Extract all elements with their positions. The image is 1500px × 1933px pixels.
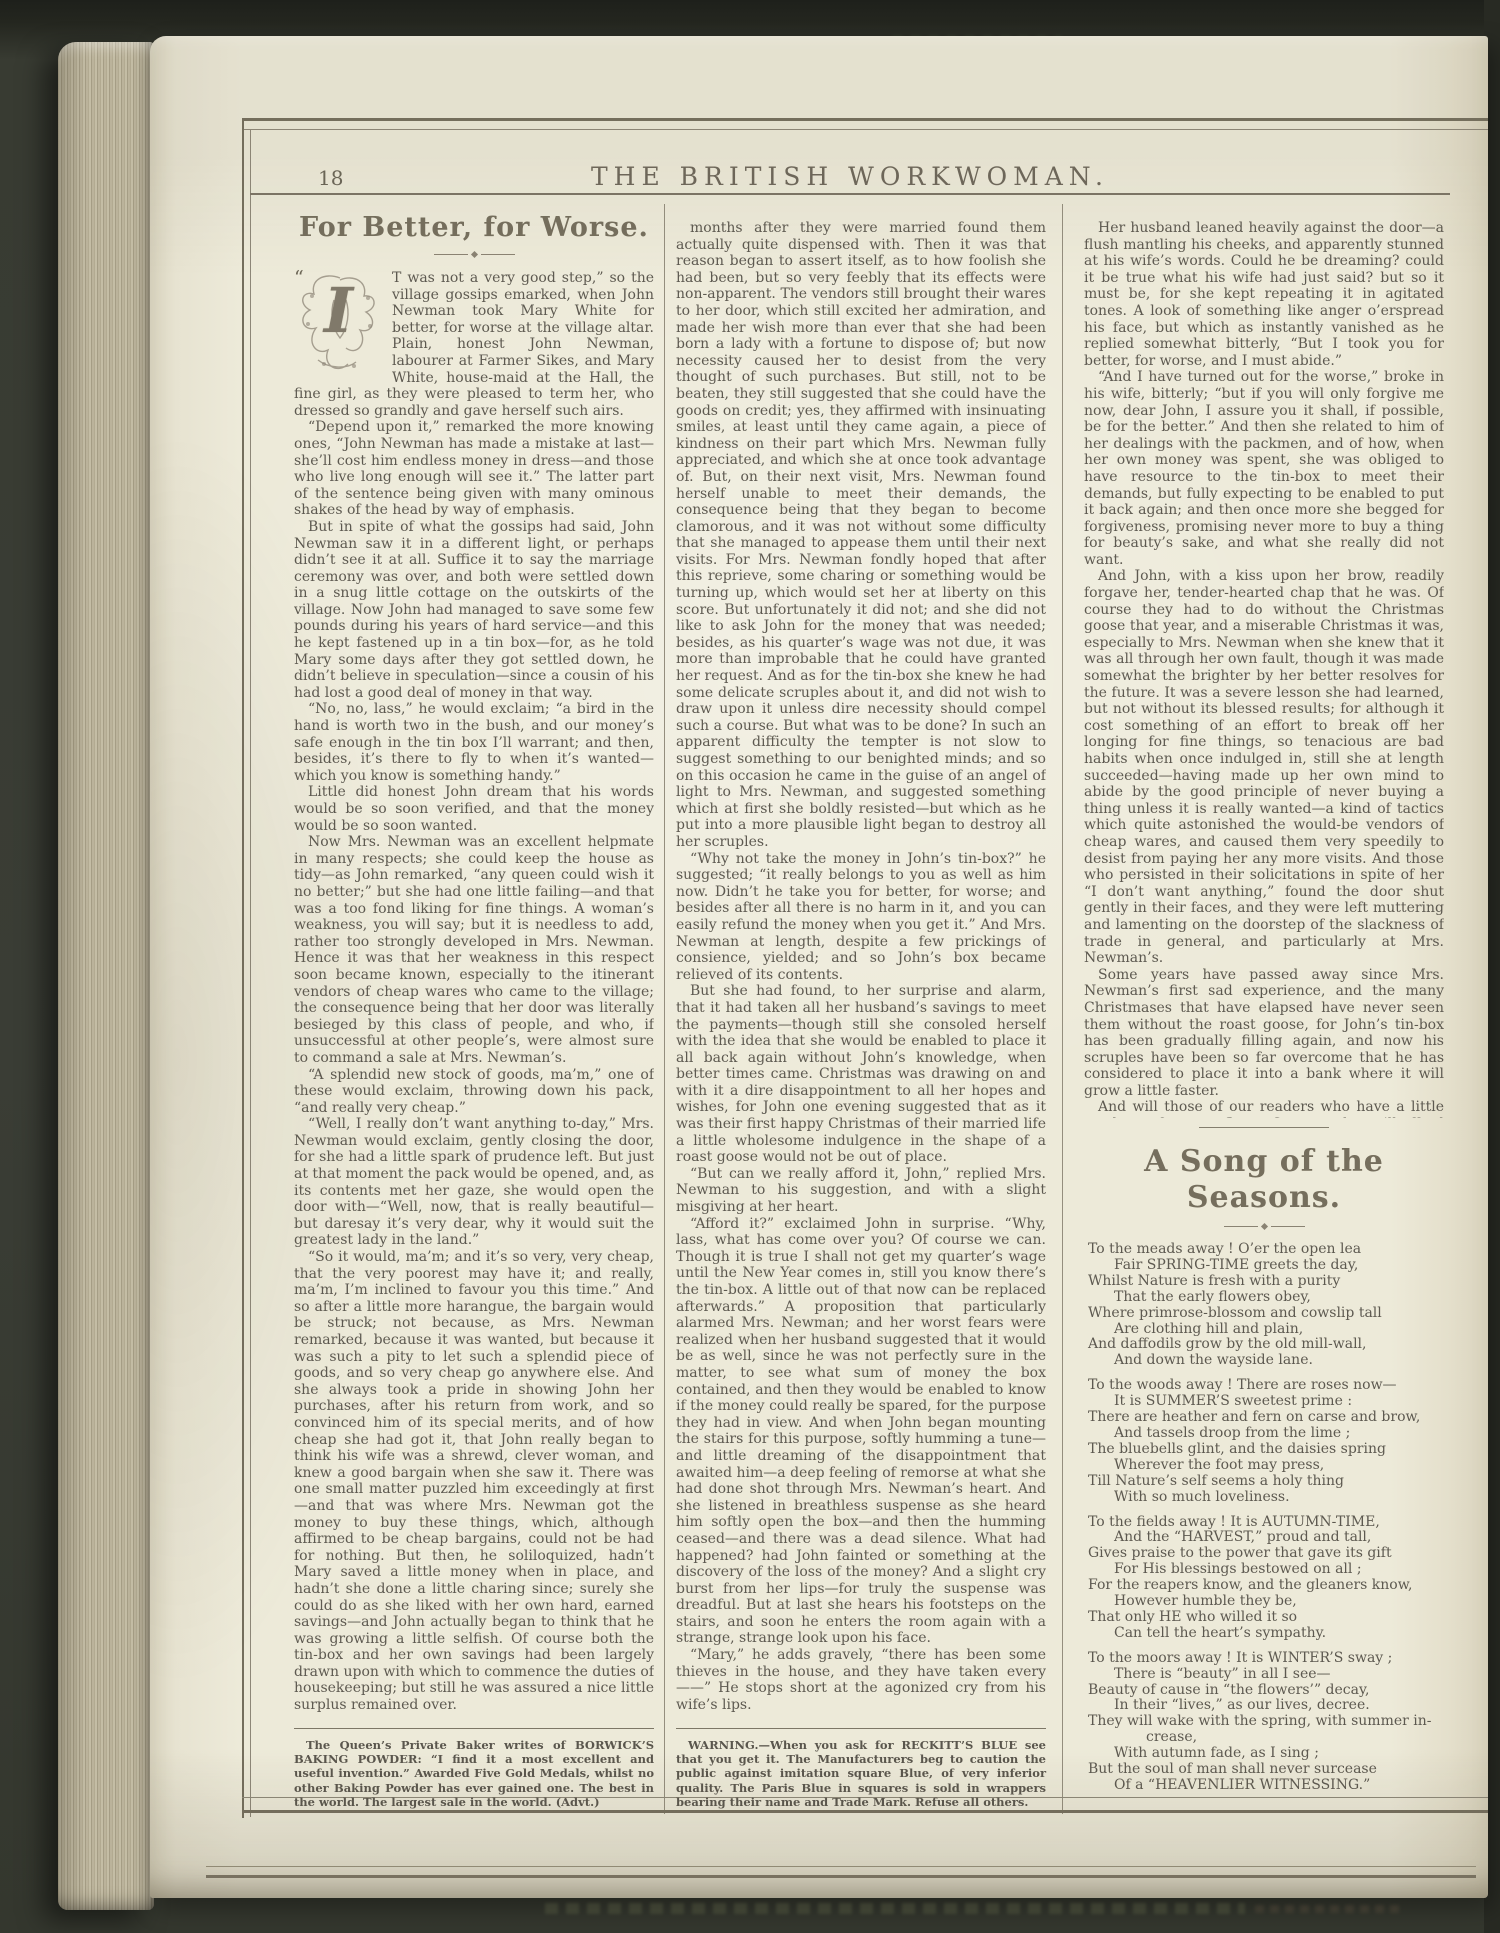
page-edge-rule-thick xyxy=(206,1875,1476,1878)
poem-line: With autumn fade, as I sing ; xyxy=(1084,1746,1444,1762)
article-paragraph: “And I have turned out for the worse,” b… xyxy=(1084,369,1444,568)
poem-line: Can tell the heart’s sympathy. xyxy=(1084,1626,1444,1642)
advert-text: WARNING.—When you ask for RECKITT’S BLUE… xyxy=(676,1738,1046,1809)
poem-line: That the early flowers obey, xyxy=(1084,1290,1444,1306)
article-paragraph: But she had found, to her surprise and a… xyxy=(676,983,1046,1166)
title-ornament xyxy=(294,246,654,262)
page-edge-rule-thin xyxy=(206,1866,1476,1867)
book-page-edges xyxy=(58,42,154,1910)
diamond-ornament-icon xyxy=(470,250,477,257)
article-title: For Better, for Worse. xyxy=(294,212,654,244)
poem-stanza: To the woods away ! There are roses now—… xyxy=(1084,1378,1444,1505)
advert-text: The Queen’s Private Baker writes of BORW… xyxy=(294,1738,654,1809)
column-3: Her husband leaned heavily against the d… xyxy=(1084,220,1444,1118)
poem-line: And daffodils grow by the old mill-wall, xyxy=(1084,1337,1444,1353)
article-paragraph: And John, with a kiss upon her brow, rea… xyxy=(1084,568,1444,966)
article-paragraph: “Oh, John, forgive me, I was the thief—I… xyxy=(676,1713,1046,1714)
drop-cap-letter: I xyxy=(324,280,353,342)
column-1: For Better, for Worse. xyxy=(294,212,654,1714)
article-paragraph: Her husband leaned heavily against the d… xyxy=(1084,220,1444,369)
poem-line: Beauty of cause in “the flowers’” decay, xyxy=(1084,1683,1444,1699)
opening-quote-mark: “ xyxy=(294,270,304,287)
poem-line: It is SUMMER’S sweetest prime : xyxy=(1084,1394,1444,1410)
poem-line: They will wake with the spring, with sum… xyxy=(1084,1714,1444,1730)
poem-line: For His blessings bestowed on all ; xyxy=(1084,1562,1444,1578)
diamond-ornament-icon xyxy=(1260,1222,1267,1229)
article-paragraph: Now Mrs. Newman was an excellent helpmat… xyxy=(294,834,654,1066)
article-paragraph: “Depend upon it,” remarked the more know… xyxy=(294,419,654,519)
poem-line: However humble they be, xyxy=(1084,1594,1444,1610)
article-paragraph: And will those of our readers who have a… xyxy=(1084,1099,1444,1118)
advert-borwick-baking-powder: The Queen’s Private Baker writes of BORW… xyxy=(294,1728,654,1808)
poem-line: In their “lives,” as our lives, decree. xyxy=(1084,1698,1444,1714)
ghost-print-smudge-bottom xyxy=(545,1903,1245,1914)
poem-title-ornament xyxy=(1084,1218,1444,1234)
poem-line: Of a “HEAVENLIER WITNESSING.” xyxy=(1084,1778,1444,1794)
article-paragraph: “A splendid new stock of goods, ma’m,” o… xyxy=(294,1067,654,1117)
poem-line: That only HE who willed it so xyxy=(1084,1610,1444,1626)
poem-line: Till Nature’s self seems a holy thing xyxy=(1084,1474,1444,1490)
article-paragraph: “Well, I really don’t want anything to-d… xyxy=(294,1116,654,1249)
poem-line: To the fields away ! It is AUTUMN-TIME, xyxy=(1084,1515,1444,1531)
poem-line: Where primrose-blossom and cowslip tall xyxy=(1084,1306,1444,1322)
article-paragraph: “Why not take the money in John’s tin-bo… xyxy=(676,851,1046,984)
poem-line: Wherever the foot may press, xyxy=(1084,1458,1444,1474)
ghost-print-smudge-corner xyxy=(1255,1905,1405,1913)
article-paragraph: months after they were married found the… xyxy=(676,220,1046,851)
poem-line: Gives praise to the power that gave its … xyxy=(1084,1546,1444,1562)
article-paragraph: “No, no, lass,” he would exclaim; “a bir… xyxy=(294,701,654,784)
poem-line: Whilst Nature is fresh with a purity xyxy=(1084,1274,1444,1290)
poem-stanza: To the fields away ! It is AUTUMN-TIME,A… xyxy=(1084,1515,1444,1642)
poem-line: And tassels droop from the lime ; xyxy=(1084,1426,1444,1442)
poem-title: A Song of the Seasons. xyxy=(1084,1144,1444,1216)
poem-line: There are heather and fern on carse and … xyxy=(1084,1410,1444,1426)
poem-stanzas: To the meads away ! O’er the open leaFai… xyxy=(1084,1242,1444,1794)
frame-rule-left-outer xyxy=(242,118,244,1818)
poem-line: Fair SPRING-TIME greets the day, xyxy=(1084,1258,1444,1274)
column-separator-2 xyxy=(1062,204,1063,1814)
article-paragraph: “But can we really afford it, John,” rep… xyxy=(676,1166,1046,1216)
frame-rule-left-inner xyxy=(250,129,251,1817)
column-2: months after they were married found the… xyxy=(676,220,1046,1714)
poem-line: To the meads away ! O’er the open lea xyxy=(1084,1242,1444,1258)
column-1-paragraphs: “Depend upon it,” remarked the more know… xyxy=(294,419,654,1714)
frame-rule-top-thick xyxy=(242,118,1488,121)
poem-line: And the “HARVEST,” proud and tall, xyxy=(1084,1530,1444,1546)
masthead-title: THE BRITISH WORKWOMAN. xyxy=(250,162,1450,191)
frame-rule-top-thin xyxy=(242,129,1488,130)
article-paragraph: “So it would, ma’m; and it’s so very, ve… xyxy=(294,1249,654,1714)
article-paragraph: “Mary,” he adds gravely, “there has been… xyxy=(676,1647,1046,1713)
poem-line: But the soul of man shall never surcease xyxy=(1084,1762,1444,1778)
scanned-book-photo: 18 THE BRITISH WORKWOMAN. For Better, fo… xyxy=(0,0,1500,1933)
poem-line: And down the wayside lane. xyxy=(1084,1353,1444,1369)
article-paragraph: Little did honest John dream that his wo… xyxy=(294,784,654,834)
poem-line: To the moors away ! It is WINTER’S sway … xyxy=(1084,1651,1444,1667)
article-opening-paragraph: “ I T was not a very good step,” so the … xyxy=(294,270,654,419)
advert-reckitts-blue: WARNING.—When you ask for RECKITT’S BLUE… xyxy=(676,1728,1046,1808)
poem-line: With so much loveliness. xyxy=(1084,1490,1444,1506)
masthead-rule xyxy=(250,193,1450,195)
article-paragraph: Some years have passed away since Mrs. N… xyxy=(1084,967,1444,1100)
poem-line: The bluebells glint, and the daisies spr… xyxy=(1084,1442,1444,1458)
poem-stanza: To the moors away ! It is WINTER’S sway … xyxy=(1084,1651,1444,1794)
poem-line: For the reapers know, and the gleaners k… xyxy=(1084,1578,1444,1594)
column-separator-1 xyxy=(664,204,665,1814)
article-paragraph: But in spite of what the gossips had sai… xyxy=(294,519,654,702)
section-divider xyxy=(1084,1122,1444,1132)
article-paragraph: “Afford it?” exclaimed John in surprise.… xyxy=(676,1216,1046,1647)
poem-section: A Song of the Seasons. To the meads away… xyxy=(1084,1122,1444,1814)
poem-line: crease, xyxy=(1084,1730,1444,1746)
poem-line: There is “beauty” in all I see— xyxy=(1084,1667,1444,1683)
drop-cap-ornament: “ I xyxy=(294,272,386,378)
magazine-page: 18 THE BRITISH WORKWOMAN. For Better, fo… xyxy=(150,36,1488,1898)
poem-stanza: To the meads away ! O’er the open leaFai… xyxy=(1084,1242,1444,1369)
poem-line: To the woods away ! There are roses now— xyxy=(1084,1378,1444,1394)
poem-line: Are clothing hill and plain, xyxy=(1084,1322,1444,1338)
column-3-paragraphs: Her husband leaned heavily against the d… xyxy=(1084,220,1444,1118)
